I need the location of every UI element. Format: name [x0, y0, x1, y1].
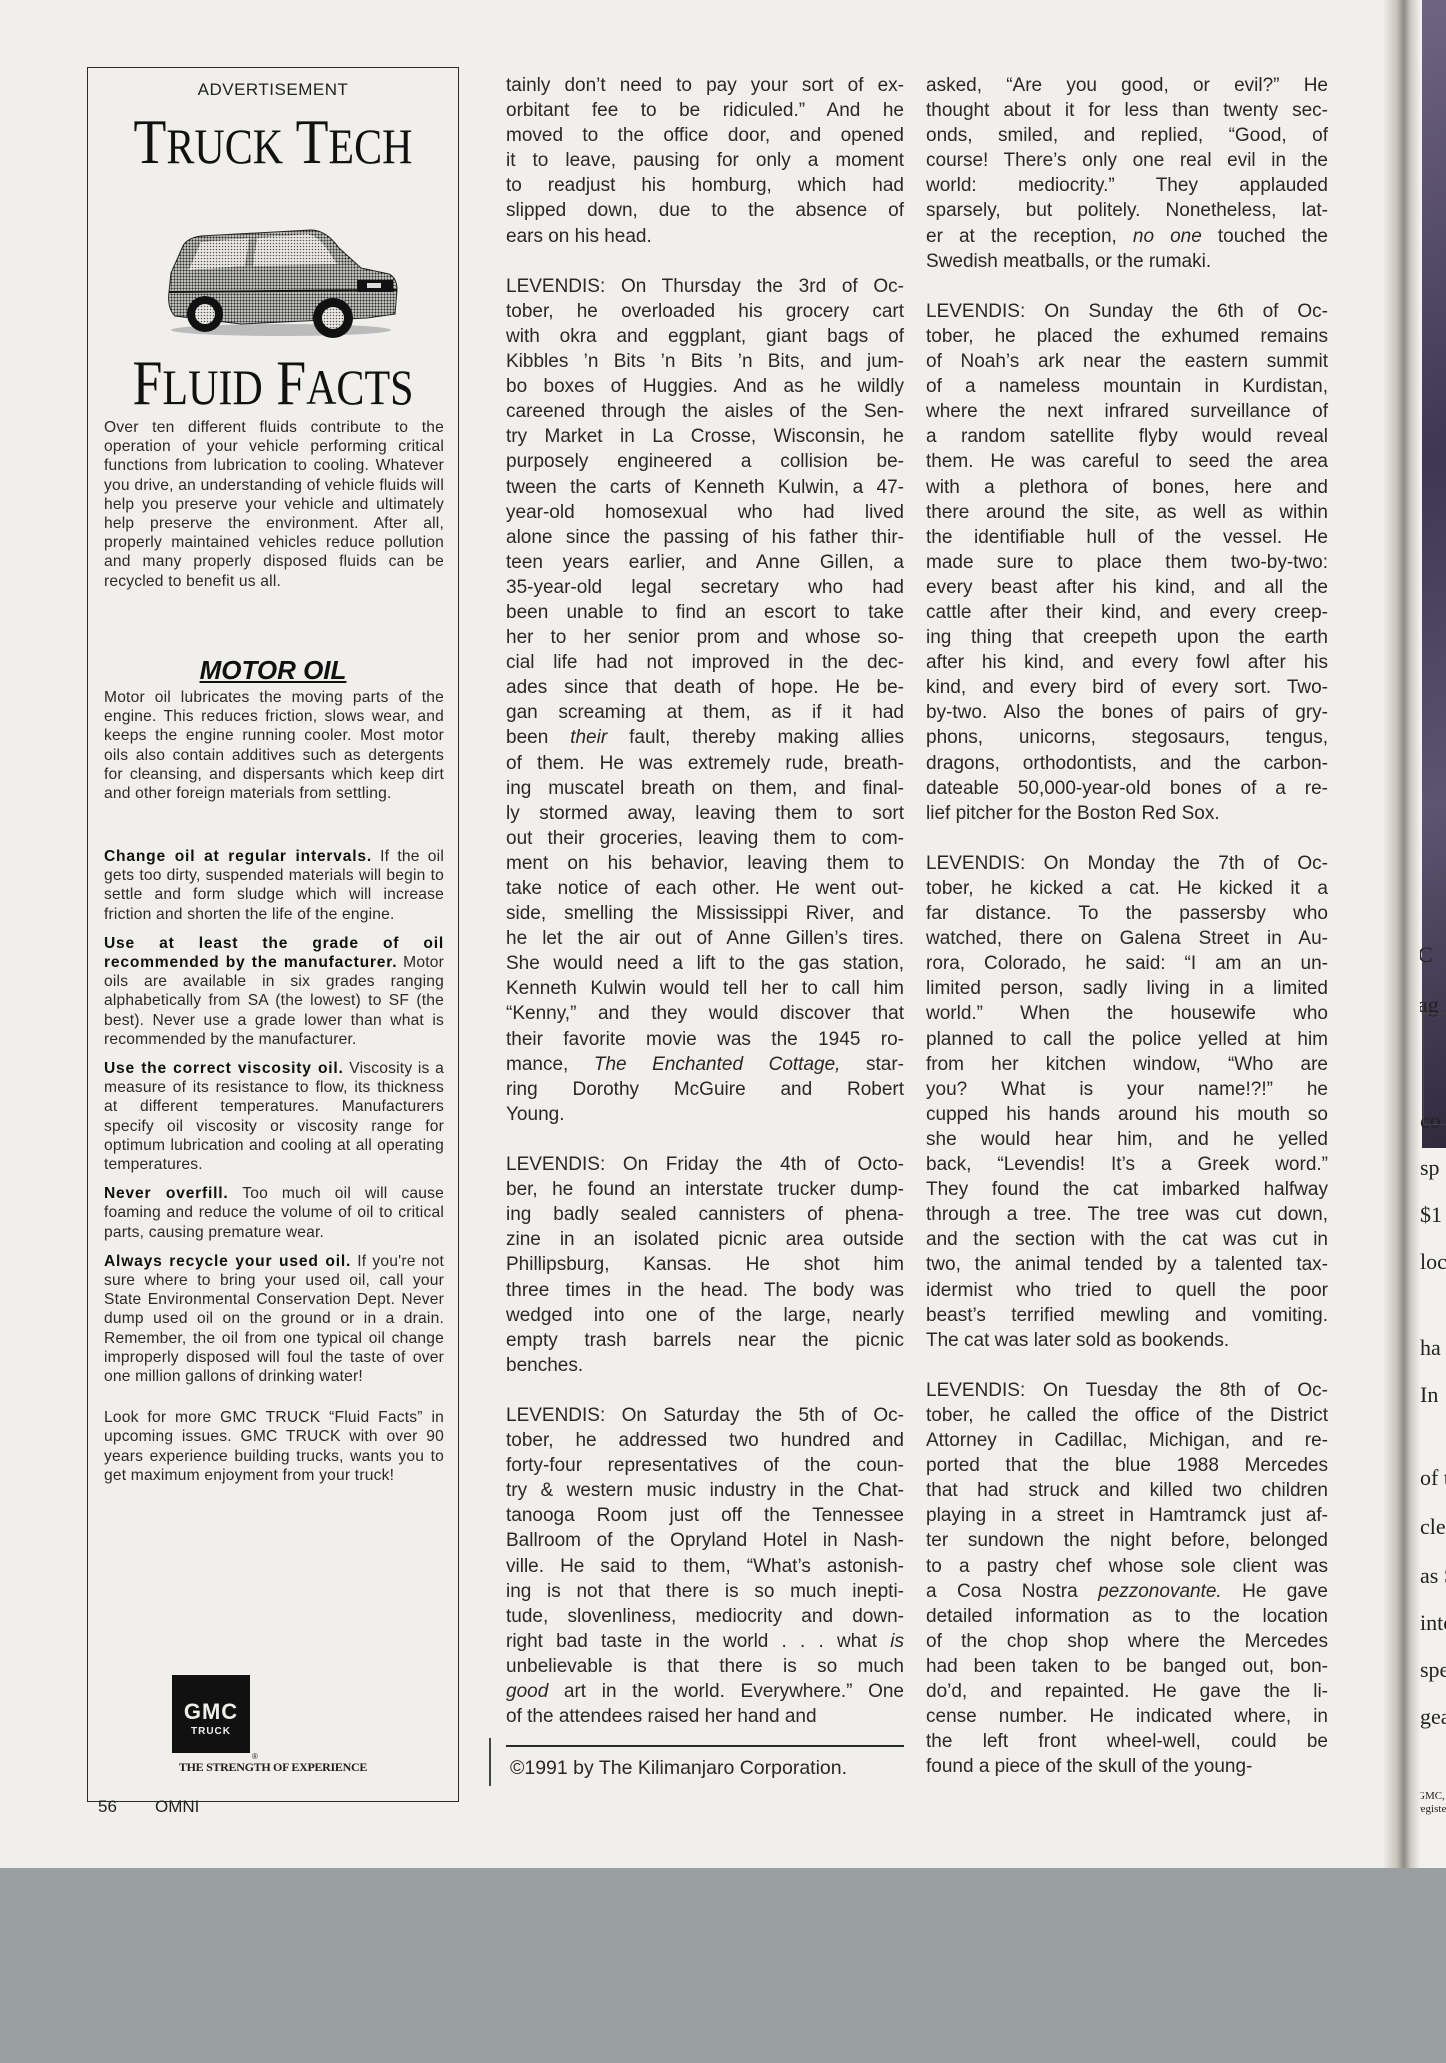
article-paragraph: LEVENDIS: On Saturday the 5th of Oc-tobe…: [506, 1403, 904, 1729]
text-line: good art in the world. Everywhere.” One: [506, 1679, 904, 1704]
facing-page-text-fragment: sp: [1420, 1155, 1440, 1181]
text-line: to readjust his homburg, which had: [506, 173, 904, 198]
text-line: her to her senior prom and whose so-: [506, 625, 904, 650]
truck-illustration: [161, 218, 401, 343]
text-line: do’d, and repainted. He gave the li-: [926, 1679, 1328, 1704]
text-line: ades since that death of hope. He be-: [506, 675, 904, 700]
text-line: them. He was careful to seed the area: [926, 449, 1328, 474]
text-line: ring Dorothy McGuire and Robert: [506, 1077, 904, 1102]
text-line: tween the carts of Kenneth Kulwin, a 47-: [506, 475, 904, 500]
page-number: 56: [98, 1797, 117, 1817]
text-line: The cat was later sold as bookends.: [926, 1328, 1328, 1353]
text-line: of a nameless mountain in Kurdistan,: [926, 374, 1328, 399]
text-line: alone since the passing of his father th…: [506, 525, 904, 550]
text-line: made sure to place them two-by-two:: [926, 550, 1328, 575]
text-line: right bad taste in the world . . . what …: [506, 1629, 904, 1654]
text-line: playing in a street in Hamtramck just af…: [926, 1503, 1328, 1528]
text-line: tober, he kicked a cat. He kicked it a: [926, 876, 1328, 901]
text-line: tober, he overloaded his grocery cart: [506, 299, 904, 324]
text-line: found a piece of the skull of the young-: [926, 1754, 1328, 1779]
text-line: ment on his behavior, leaving them to: [506, 851, 904, 876]
text-line: dateable 50,000-year-old bones of a re-: [926, 776, 1328, 801]
text-line: it to leave, pausing for only a moment: [506, 148, 904, 173]
facing-page-box: [1423, 1013, 1446, 1125]
text-line: Kenneth Kulwin would tell her to call hi…: [506, 976, 904, 1001]
text-line: a random satellite flyby would reveal: [926, 424, 1328, 449]
text-line: out their groceries, leaving them to com…: [506, 826, 904, 851]
text-line: cial life had not improved in the dec-: [506, 650, 904, 675]
text-line: They found the cat imbarked halfway: [926, 1177, 1328, 1202]
text-line: Young.: [506, 1102, 904, 1127]
text-line: ing is not that there is so much inepti-: [506, 1579, 904, 1604]
text-line: every beast after his kind, and all the: [926, 575, 1328, 600]
text-line: tanooga Room just off the Tennessee: [506, 1503, 904, 1528]
text-line: there around the site, as well as within: [926, 500, 1328, 525]
gmc-advertisement: ADVERTISEMENT TRUCK TECH: [87, 67, 459, 1802]
text-line: thought about it for less than twenty se…: [926, 98, 1328, 123]
text-line: mance, The Enchanted Cottage, star-: [506, 1052, 904, 1077]
text-line: back, “Levendis! It’s a Greek word.”: [926, 1152, 1328, 1177]
text-line: planned to call the police yelled at him: [926, 1027, 1328, 1052]
text-line: LEVENDIS: On Sunday the 6th of Oc-: [926, 299, 1328, 324]
text-line: of the attendees raised her hand and: [506, 1704, 904, 1729]
facing-page-text-fragment: as S: [1420, 1563, 1446, 1589]
text-line: been unable to find an escort to take: [506, 600, 904, 625]
text-line: after his kind, and every fowl after his: [926, 650, 1328, 675]
text-line: to a pastry chef whose sole client was: [926, 1554, 1328, 1579]
text-line: year-old homosexual who had lived: [506, 500, 904, 525]
text-line: wedged into one of the large, nearly: [506, 1303, 904, 1328]
ad-title-fluid-facts: FLUID FACTS: [118, 351, 429, 415]
ad-closing-text: Look for more GMC TRUCK “Fluid Facts” in…: [104, 1408, 444, 1485]
text-line: unbelievable is that there is so much: [506, 1654, 904, 1679]
facing-page-photo: [1420, 0, 1446, 1148]
text-line: ly stormed away, leaving them to sort: [506, 801, 904, 826]
facing-page-text-fragment: ha: [1420, 1335, 1441, 1361]
article-paragraph: LEVENDIS: On Sunday the 6th of Oc-tober,…: [926, 299, 1328, 826]
text-line: from her kitchen window, “Who are: [926, 1052, 1328, 1077]
ad-tip: Change oil at regular intervals. If the …: [104, 847, 444, 924]
facing-page-text-fragment: C: [1420, 942, 1433, 968]
text-line: Attorney in Cadillac, Michigan, and re-: [926, 1428, 1328, 1453]
text-line: Swedish meatballs, or the rumaki.: [926, 249, 1328, 274]
text-line: course! There’s only one real evil in th…: [926, 148, 1328, 173]
text-line: a Cosa Nostra pezzonovante. He gave: [926, 1579, 1328, 1604]
text-line: beast’s terrified mewling and vomiting.: [926, 1303, 1328, 1328]
text-line: forty-four representatives of the coun-: [506, 1453, 904, 1478]
text-line: She would need a lift to the gas station…: [506, 951, 904, 976]
text-line: LEVENDIS: On Monday the 7th of Oc-: [926, 851, 1328, 876]
text-line: ber, he found an interstate trucker dump…: [506, 1177, 904, 1202]
text-line: ing badly sealed cannisters of phena-: [506, 1202, 904, 1227]
article-column-3: asked, “Are you good, or evil?” Hethough…: [926, 73, 1328, 1779]
gmc-truck-logo: GMC TRUCK: [172, 1675, 250, 1753]
text-line: moved to the office door, and opened: [506, 123, 904, 148]
text-line: kind, and every bird of every sort. Two-: [926, 675, 1328, 700]
text-line: phons, unicorns, stegosaurs, tengus,: [926, 725, 1328, 750]
text-line: LEVENDIS: On Saturday the 5th of Oc-: [506, 1403, 904, 1428]
text-line: two, the animal tended by a talented tax…: [926, 1252, 1328, 1277]
facing-page-edge: Cagcosp$1lochaInof tcle:as SintespegeaGM…: [1420, 0, 1446, 1868]
article-paragraph: LEVENDIS: On Thursday the 3rd of Oc-tobe…: [506, 274, 904, 1127]
text-line: bo boxes of Huggies. And as he wildly: [506, 374, 904, 399]
facing-page-text-fragment: loc: [1420, 1249, 1446, 1275]
text-line: tober, he addressed two hundred and: [506, 1428, 904, 1453]
text-line: ing thing that creepeth upon the earth: [926, 625, 1328, 650]
text-line: he let the air out of Anne Gillen’s tire…: [506, 926, 904, 951]
text-line: slipped down, due to the absence of: [506, 198, 904, 223]
ad-tip: Always recycle your used oil. If you're …: [104, 1252, 444, 1386]
text-line: been their fault, thereby making allies: [506, 725, 904, 750]
text-line: Kibbles ’n Bits ’n Bits ’n Bits, and jum…: [506, 349, 904, 374]
text-line: Phillipsburg, Kansas. He shot him: [506, 1252, 904, 1277]
article-column-2: tainly don’t need to pay your sort of ex…: [506, 73, 904, 1729]
article-paragraph: asked, “Are you good, or evil?” Hethough…: [926, 73, 1328, 274]
text-line: of them. He was extremely rude, breath-: [506, 751, 904, 776]
ad-label: ADVERTISEMENT: [88, 80, 458, 100]
text-line: tober, he called the office of the Distr…: [926, 1403, 1328, 1428]
text-line: the identifiable hull of the vessel. He: [926, 525, 1328, 550]
facing-page-text-fragment: $1: [1420, 1202, 1442, 1228]
text-line: rora, Colorado, he said: “I am an un-: [926, 951, 1328, 976]
text-line: cattle after their kind, and every creep…: [926, 600, 1328, 625]
text-line: onds, smiled, and replied, “Good, of: [926, 123, 1328, 148]
text-line: take notice of each other. He went out-: [506, 876, 904, 901]
text-line: ville. He said to them, “What’s astonish…: [506, 1554, 904, 1579]
text-line: ing muscatel breath on them, and final-: [506, 776, 904, 801]
text-line: purposely engineered a collision be-: [506, 449, 904, 474]
text-line: idermist who tried to quell the poor: [926, 1278, 1328, 1303]
text-line: gan screaming at them, as if it had: [506, 700, 904, 725]
ad-intro-text: Over ten different fluids contribute to …: [104, 418, 444, 591]
text-line: and the section with the cat was cut in: [926, 1227, 1328, 1252]
text-line: asked, “Are you good, or evil?” He: [926, 73, 1328, 98]
page-gutter: [1384, 0, 1420, 1868]
facing-page-text-fragment: cle:: [1420, 1514, 1446, 1540]
text-line: through a tree. The tree was cut down,: [926, 1202, 1328, 1227]
text-line: limited person, sadly living in a limite…: [926, 976, 1328, 1001]
text-line: with a plethora of bones, here and: [926, 475, 1328, 500]
text-line: LEVENDIS: On Thursday the 3rd of Oc-: [506, 274, 904, 299]
text-line: with okra and eggplant, giant bags of: [506, 324, 904, 349]
text-line: tude, slovenliness, mediocrity and down-: [506, 1604, 904, 1629]
facing-page-text-fragment: inte: [1420, 1610, 1446, 1636]
text-line: try Market in La Crosse, Wisconsin, he: [506, 424, 904, 449]
text-line: ter sundown the night before, belonged: [926, 1528, 1328, 1553]
ad-tip: Never overfill. Too much oil will cause …: [104, 1184, 444, 1242]
gmc-tagline: THE STRENGTH OF EXPERIENCE: [87, 1760, 459, 1775]
text-line: had been taken to be banged out, bon-: [926, 1654, 1328, 1679]
magazine-name: OMNI: [155, 1797, 199, 1817]
ad-section-heading: MOTOR OIL: [88, 655, 458, 686]
text-line: by-two. Also the bones of pairs of gry-: [926, 700, 1328, 725]
ad-title-truck-tech: TRUCK TECH: [118, 110, 429, 174]
text-line: of the chop shop where the Mercedes: [926, 1629, 1328, 1654]
text-line: benches.: [506, 1353, 904, 1378]
article-paragraph: LEVENDIS: On Friday the 4th of Octo-ber,…: [506, 1152, 904, 1378]
text-line: sparsely, but politely. Nonetheless, lat…: [926, 198, 1328, 223]
text-line: three times in the head. The body was: [506, 1278, 904, 1303]
article-paragraph: LEVENDIS: On Tuesday the 8th of Oc-tober…: [926, 1378, 1328, 1780]
text-line: teen years earlier, and Anne Gillen, a: [506, 550, 904, 575]
article-paragraph: tainly don’t need to pay your sort of ex…: [506, 73, 904, 249]
text-line: LEVENDIS: On Friday the 4th of Octo-: [506, 1152, 904, 1177]
text-line: orbitant fee to be ridiculed.” And he: [506, 98, 904, 123]
facing-page-text-fragment: gea: [1420, 1704, 1446, 1730]
column-rule: [489, 1738, 491, 1786]
text-line: 35-year-old legal secretary who had: [506, 575, 904, 600]
magazine-page: ADVERTISEMENT TRUCK TECH: [0, 0, 1446, 1868]
text-line: ported that the blue 1988 Mercedes: [926, 1453, 1328, 1478]
text-line: Ballroom of the Opryland Hotel in Nash-: [506, 1528, 904, 1553]
ad-tips: Change oil at regular intervals. If the …: [104, 847, 444, 1485]
ad-motor-oil-text: Motor oil lubricates the moving parts of…: [104, 688, 444, 803]
copyright-rule: [506, 1745, 904, 1747]
facing-page-text-fragment: of t: [1420, 1465, 1446, 1491]
text-line: their favorite movie was the 1945 ro-: [506, 1027, 904, 1052]
text-line: lief pitcher for the Boston Red Sox.: [926, 801, 1328, 826]
text-line: er at the reception, no one touched the: [926, 224, 1328, 249]
text-line: side, smelling the Mississippi River, an…: [506, 901, 904, 926]
text-line: that had struck and killed two children: [926, 1478, 1328, 1503]
copyright-notice: ©1991 by The Kilimanjaro Corporation.: [510, 1757, 847, 1780]
text-line: of Noah’s ark near the eastern summit: [926, 349, 1328, 374]
text-line: careened through the aisles of the Sen-: [506, 399, 904, 424]
text-line: LEVENDIS: On Tuesday the 8th of Oc-: [926, 1378, 1328, 1403]
facing-page-text-fragment: spe: [1420, 1657, 1446, 1683]
text-line: far distance. To the passersby who: [926, 901, 1328, 926]
text-line: world: mediocrity.” They applauded: [926, 173, 1328, 198]
text-line: zine in an isolated picnic area outside: [506, 1227, 904, 1252]
text-line: watched, there on Galena Street in Au-: [926, 926, 1328, 951]
facing-page-text-fragment: In: [1420, 1382, 1438, 1408]
text-line: ears on his head.: [506, 224, 904, 249]
text-line: tainly don’t need to pay your sort of ex…: [506, 73, 904, 98]
facing-page-footnote: GMC, G: [1420, 1790, 1446, 1803]
text-line: cense number. He indicated where, in: [926, 1704, 1328, 1729]
facing-page-footnote: registere: [1420, 1803, 1446, 1816]
text-line: you? What is your name!?!” he: [926, 1077, 1328, 1102]
text-line: “Kenny,” and they would discover that: [506, 1001, 904, 1026]
text-line: the left front wheel-well, could be: [926, 1729, 1328, 1754]
article-paragraph: LEVENDIS: On Monday the 7th of Oc-tober,…: [926, 851, 1328, 1353]
text-line: tober, he placed the exhumed remains: [926, 324, 1328, 349]
ad-tip: Use the correct viscosity oil. Viscosity…: [104, 1059, 444, 1174]
text-line: world.” When the housewife who: [926, 1001, 1328, 1026]
text-line: she would hear him, and he yelled: [926, 1127, 1328, 1152]
text-line: dragons, orthodontists, and the carbon-: [926, 751, 1328, 776]
text-line: try & western music industry in the Chat…: [506, 1478, 904, 1503]
text-line: where the next infrared surveillance of: [926, 399, 1328, 424]
text-line: empty trash barrels near the picnic: [506, 1328, 904, 1353]
text-line: cupped his hands around his mouth so: [926, 1102, 1328, 1127]
text-line: detailed information as to the location: [926, 1604, 1328, 1629]
ad-tip: Use at least the grade of oil recommende…: [104, 934, 444, 1049]
